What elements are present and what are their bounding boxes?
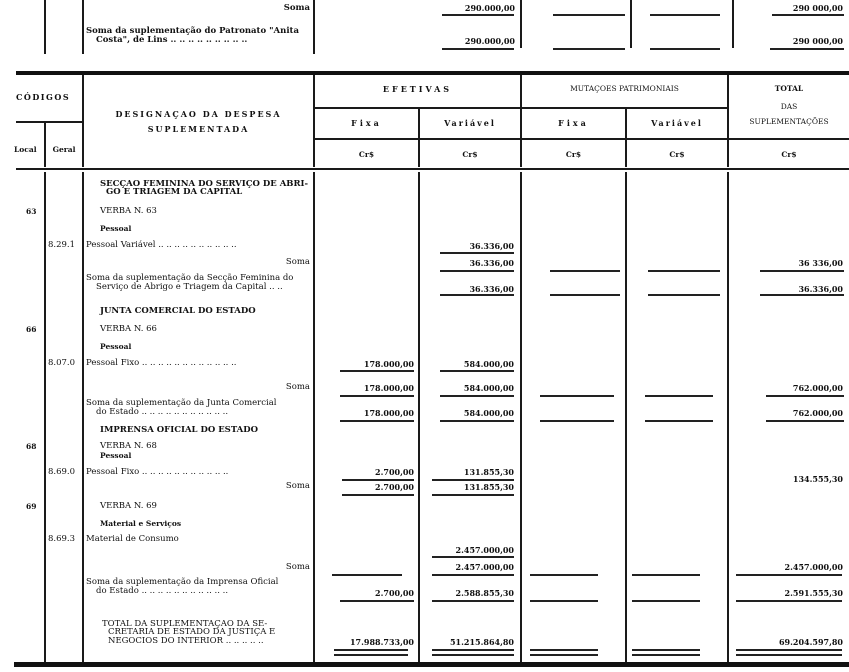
underline	[340, 370, 414, 372]
header-rule	[313, 107, 727, 109]
underline	[760, 270, 844, 272]
column-rule	[630, 0, 632, 48]
column-rule	[44, 0, 46, 54]
underline	[650, 48, 720, 50]
underline	[432, 574, 514, 576]
header-efetivas-variavel: Variável	[420, 119, 520, 128]
soma-label: Soma	[230, 4, 310, 13]
underline	[553, 48, 625, 50]
soma-label: Soma	[230, 482, 310, 491]
item-label: Pessoal Variável .. .. .. .. .. .. .. ..…	[86, 241, 237, 250]
value-cell: 134.555,30	[740, 474, 843, 484]
underline	[648, 294, 720, 296]
verba-label: VERBA N. 69	[100, 502, 157, 511]
underline	[432, 654, 514, 656]
column-rule	[313, 172, 315, 662]
underline	[550, 270, 620, 272]
geral-code: 8.07.0	[48, 359, 82, 368]
value-cell: 131.855,30	[420, 482, 514, 492]
header-mutacoes-fixa: Fixa	[522, 119, 625, 128]
underline	[442, 14, 514, 16]
underline	[440, 252, 514, 254]
value-cell: 762.000,00	[740, 408, 843, 418]
value-cell: 762.000,00	[740, 383, 843, 393]
underline	[632, 600, 700, 602]
soma-label: Soma	[230, 383, 310, 392]
underline	[432, 479, 514, 481]
column-rule	[520, 172, 522, 662]
geral-code: 8.29.1	[48, 241, 82, 250]
header-efetivas: EFETIVAS	[315, 85, 520, 94]
underline	[440, 294, 514, 296]
underline	[440, 370, 514, 372]
group-label: Pessoal	[100, 451, 131, 460]
value-cell: 178.000,00	[316, 408, 414, 418]
currency-label: Cr$	[729, 150, 849, 159]
subtotal-label: Serviço de Abrigo e Triagem da Capital .…	[96, 283, 283, 292]
underline	[645, 395, 713, 397]
group-label: Pessoal	[100, 342, 131, 351]
header-designacao: SUPLEMENTADA	[84, 125, 313, 134]
value-cell: 584.000,00	[420, 408, 514, 418]
column-rule	[520, 0, 522, 48]
underline	[632, 574, 700, 576]
column-rule	[313, 0, 315, 54]
underline	[530, 654, 598, 656]
item-label: Material de Consumo	[86, 535, 179, 544]
local-code: 66	[26, 325, 36, 334]
value-cell: 178.000,00	[316, 359, 414, 369]
value-cell: 36.336,00	[420, 241, 514, 251]
header-bottom-rule	[16, 168, 849, 170]
underline	[530, 649, 598, 651]
value-cell: 36.336,00	[740, 284, 843, 294]
verba-label: VERBA N. 68	[100, 442, 157, 451]
column-rule	[727, 172, 729, 662]
value-cell: 2.700,00	[316, 467, 414, 477]
value-cell: 2.700,00	[316, 482, 414, 492]
subtotal-label: Costa", de Lins .. .. .. .. .. .. .. .. …	[96, 36, 247, 45]
underline	[340, 600, 414, 602]
value-cell: 584.000,00	[420, 383, 514, 393]
underline	[550, 294, 620, 296]
value-cell: 178.000,00	[316, 383, 414, 393]
value-cell: 2.591.555,30	[740, 588, 843, 598]
underline	[760, 294, 844, 296]
value-cell: 2.457.000,00	[420, 562, 514, 572]
subtotal-label: do Estado .. .. .. .. .. .. .. .. .. .. …	[96, 408, 228, 417]
value-cell: 36.336,00	[420, 284, 514, 294]
value-cell: 290 000,00	[740, 3, 843, 13]
header-rule	[313, 138, 849, 140]
underline	[440, 270, 514, 272]
grand-total-variavel: 51.215.864,80	[420, 637, 514, 647]
underline	[340, 420, 414, 422]
group-label: Material e Serviços	[100, 519, 181, 528]
underline	[432, 600, 514, 602]
group-label: Pessoal	[100, 224, 131, 233]
column-rule	[82, 0, 84, 54]
header-rule	[16, 121, 82, 123]
table-top-rule	[16, 71, 849, 75]
subtotal-label: do Estado .. .. .. .. .. .. .. .. .. .. …	[96, 587, 228, 596]
header-mutacoes: MUTAÇOES PATRIMONIAIS	[522, 84, 727, 93]
underline	[540, 395, 614, 397]
underline	[440, 395, 514, 397]
verba-label: VERBA N. 63	[100, 207, 157, 216]
value-cell: 2.588.855,30	[420, 588, 514, 598]
value-cell: 2.457.000,00	[740, 562, 843, 572]
grand-total-label: NEGOCIOS DO INTERIOR .. .. .. .. ..	[108, 637, 264, 646]
value-cell: 290.000,00	[420, 36, 515, 46]
header-total: SUPLEMENTAÇÕES	[729, 117, 849, 126]
underline	[332, 574, 402, 576]
currency-label: Cr$	[627, 150, 727, 159]
underline	[530, 600, 598, 602]
section-title: IMPRENSA OFICIAL DO ESTADO	[100, 426, 258, 435]
underline	[334, 649, 408, 651]
geral-code: 8.69.0	[48, 468, 82, 477]
column-rule	[82, 172, 84, 662]
underline	[342, 494, 414, 496]
column-rule	[82, 75, 84, 167]
column-rule	[625, 172, 627, 662]
underline	[766, 395, 844, 397]
currency-label: Cr$	[315, 150, 418, 159]
header-mutacoes-variavel: Variável	[627, 119, 727, 128]
soma-label: Soma	[230, 563, 310, 572]
grand-total-fixa: 17.988.733,00	[316, 637, 414, 647]
value-cell: 290 000,00	[740, 36, 843, 46]
value-cell: 36 336,00	[740, 258, 843, 268]
verba-label: VERBA N. 66	[100, 325, 157, 334]
soma-label: Soma	[230, 258, 310, 267]
underline	[772, 14, 844, 16]
underline	[540, 420, 614, 422]
currency-label: Cr$	[420, 150, 520, 159]
underline	[342, 479, 414, 481]
geral-code: 8.69.3	[48, 535, 82, 544]
grand-total-total: 69.204.597,80	[740, 637, 843, 647]
section-title: JUNTA COMERCIAL DO ESTADO	[100, 307, 256, 316]
local-code: 69	[26, 502, 36, 511]
column-rule	[44, 121, 46, 167]
underline	[770, 48, 844, 50]
underline	[432, 494, 514, 496]
section-title: GO E TRIAGEM DA CAPITAL	[106, 188, 242, 197]
value-cell: 584.000,00	[420, 359, 514, 369]
underline	[650, 14, 720, 16]
value-cell: 131.855,30	[420, 467, 514, 477]
underline	[766, 420, 844, 422]
value-cell: 2.700,00	[316, 588, 414, 598]
underline	[645, 420, 713, 422]
header-codigos: CÓDIGOS	[16, 93, 82, 102]
underline	[530, 574, 598, 576]
underline	[736, 600, 842, 602]
underline	[632, 654, 700, 656]
underline	[736, 654, 842, 656]
header-efetivas-fixa: Fixa	[315, 119, 418, 128]
item-label: Pessoal Fixo .. .. .. .. .. .. .. .. .. …	[86, 468, 228, 477]
budget-table-page: Soma 290.000,00 290 000,00 Soma da suple…	[0, 0, 849, 672]
table-bottom-rule	[14, 662, 849, 667]
value-cell: 290.000,00	[420, 3, 515, 13]
underline	[736, 574, 842, 576]
header-total: TOTAL	[729, 84, 849, 93]
underline	[553, 14, 625, 16]
underline	[432, 556, 514, 558]
value-cell: 2.457.000,00	[420, 545, 514, 555]
underline	[736, 649, 842, 651]
underline	[648, 270, 720, 272]
underline	[632, 649, 700, 651]
underline	[442, 48, 514, 50]
underline	[340, 395, 414, 397]
header-designacao: DESIGNAÇAO DA DESPESA	[84, 110, 313, 119]
header-local: Local	[14, 145, 44, 154]
header-total: DAS	[729, 102, 849, 111]
column-rule	[732, 0, 734, 48]
local-code: 63	[26, 207, 36, 216]
underline	[440, 420, 514, 422]
underline	[334, 654, 408, 656]
underline	[432, 649, 514, 651]
value-cell: 36.336,00	[420, 258, 514, 268]
header-geral: Geral	[46, 145, 82, 154]
column-rule	[44, 172, 46, 662]
currency-label: Cr$	[522, 150, 625, 159]
item-label: Pessoal Fixo .. .. .. .. .. .. .. .. .. …	[86, 359, 237, 368]
local-code: 68	[26, 442, 36, 451]
